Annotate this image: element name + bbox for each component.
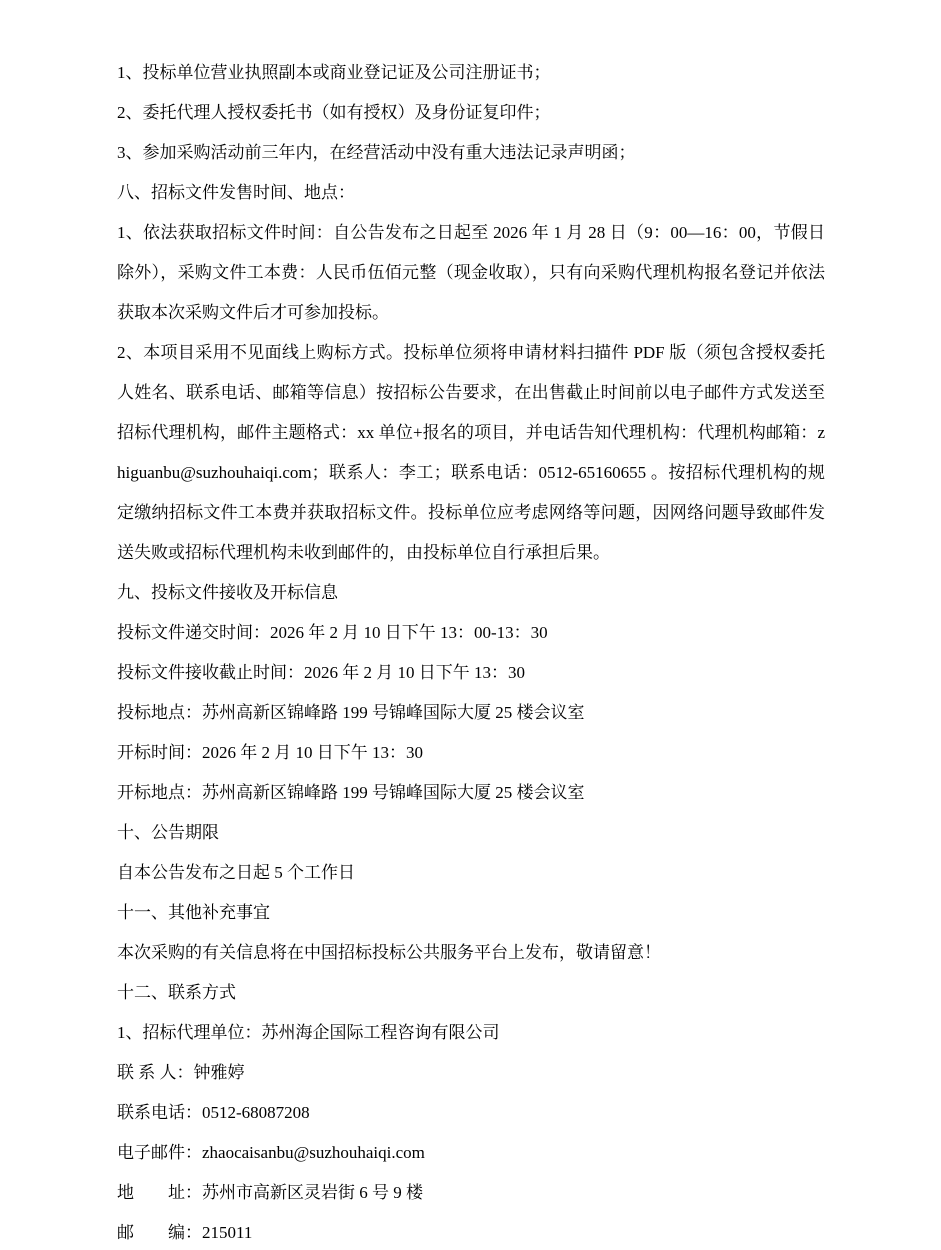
paragraph-contact-email: 电子邮件：zhaocaisanbu@suzhouhaiqi.com <box>117 1133 825 1173</box>
paragraph-bid-submission-time: 投标文件递交时间：2026 年 2 月 10 日下午 13：00-13：30 <box>117 613 825 653</box>
list-item-power-of-attorney: 2、委托代理人授权委托书（如有授权）及身份证复印件； <box>117 93 825 133</box>
list-item-no-violation-declaration: 3、参加采购活动前三年内，在经营活动中没有重大违法记录声明函； <box>117 133 825 173</box>
paragraph-postal-code: 邮 编：215011 <box>117 1213 825 1250</box>
paragraph-bid-opening-time: 开标时间：2026 年 2 月 10 日下午 13：30 <box>117 733 825 773</box>
document-body: 1、投标单位营业执照副本或商业登记证及公司注册证书； 2、委托代理人授权委托书（… <box>117 53 825 1250</box>
section-heading-11-supplementary: 十一、其他补充事宜 <box>117 893 825 933</box>
list-item-business-license: 1、投标单位营业执照副本或商业登记证及公司注册证书； <box>117 53 825 93</box>
paragraph-online-purchase-method: 2、本项目采用不见面线上购标方式。投标单位须将申请材料扫描件 PDF 版（须包含… <box>117 333 825 573</box>
section-heading-12-contact: 十二、联系方式 <box>117 973 825 1013</box>
paragraph-supplementary-info: 本次采购的有关信息将在中国招标投标公共服务平台上发布，敬请留意！ <box>117 933 825 973</box>
section-heading-10-announcement-period: 十、公告期限 <box>117 813 825 853</box>
paragraph-contact-person: 联 系 人：钟雅婷 <box>117 1053 825 1093</box>
section-heading-8-document-sale: 八、招标文件发售时间、地点： <box>117 173 825 213</box>
paragraph-contact-phone: 联系电话：0512-68087208 <box>117 1093 825 1133</box>
paragraph-document-obtain-time: 1、依法获取招标文件时间：自公告发布之日起至 2026 年 1 月 28 日（9… <box>117 213 825 333</box>
paragraph-bid-opening-location: 开标地点：苏州高新区锦峰路 199 号锦峰国际大厦 25 楼会议室 <box>117 773 825 813</box>
section-heading-9-bid-reception: 九、投标文件接收及开标信息 <box>117 573 825 613</box>
paragraph-agency-name: 1、招标代理单位：苏州海企国际工程咨询有限公司 <box>117 1013 825 1053</box>
paragraph-announcement-period: 自本公告发布之日起 5 个工作日 <box>117 853 825 893</box>
paragraph-bid-location: 投标地点：苏州高新区锦峰路 199 号锦峰国际大厦 25 楼会议室 <box>117 693 825 733</box>
paragraph-bid-reception-deadline: 投标文件接收截止时间：2026 年 2 月 10 日下午 13：30 <box>117 653 825 693</box>
document-page: 1、投标单位营业执照副本或商业登记证及公司注册证书； 2、委托代理人授权委托书（… <box>0 0 941 1250</box>
paragraph-address: 地 址：苏州市高新区灵岩街 6 号 9 楼 <box>117 1173 825 1213</box>
